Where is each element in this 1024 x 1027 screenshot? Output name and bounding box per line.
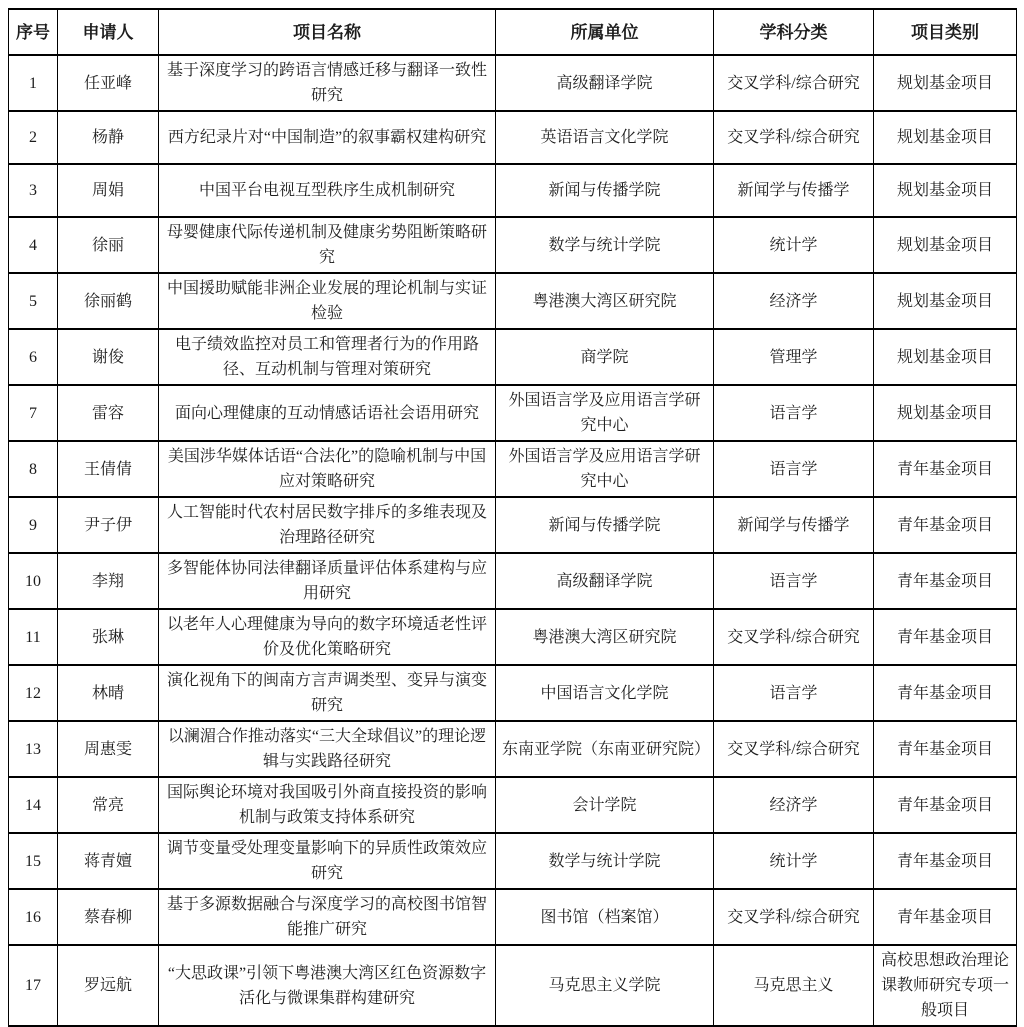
cell-project-name: 以老年人心理健康为导向的数字环境适老性评价及优化策略研究 <box>159 609 496 665</box>
cell-unit: 数学与统计学院 <box>496 217 714 273</box>
cell-unit: 粤港澳大湾区研究院 <box>496 609 714 665</box>
cell-project-name: 西方纪录片对“中国制造”的叙事霸权建构研究 <box>159 111 496 164</box>
page: 序号 申请人 项目名称 所属单位 学科分类 项目类别 1任亚峰基于深度学习的跨语… <box>0 0 1024 995</box>
table-row: 14常亮国际舆论环境对我国吸引外商直接投资的影响机制与政策支持体系研究会计学院经… <box>9 777 1017 833</box>
cell-category: 青年基金项目 <box>874 497 1017 553</box>
cell-project-name: 母婴健康代际传递机制及健康劣势阻断策略研究 <box>159 217 496 273</box>
cell-unit: 英语语言文化学院 <box>496 111 714 164</box>
cell-discipline: 语言学 <box>714 553 874 609</box>
cell-project-name: 演化视角下的闽南方言声调类型、变异与演变研究 <box>159 665 496 721</box>
cell-unit: 马克思主义学院 <box>496 945 714 1026</box>
cell-unit: 高级翻译学院 <box>496 553 714 609</box>
cell-unit: 东南亚学院（东南亚研究院） <box>496 721 714 777</box>
cell-unit: 外国语言学及应用语言学研究中心 <box>496 385 714 441</box>
cell-applicant: 谢俊 <box>58 329 159 385</box>
cell-project-name: 多智能体协同法律翻译质量评估体系建构与应用研究 <box>159 553 496 609</box>
col-header-index: 序号 <box>9 9 58 55</box>
cell-index: 8 <box>9 441 58 497</box>
cell-unit: 数学与统计学院 <box>496 833 714 889</box>
cell-project-name: 面向心理健康的互动情感话语社会语用研究 <box>159 385 496 441</box>
cell-category: 青年基金项目 <box>874 441 1017 497</box>
cell-discipline: 语言学 <box>714 385 874 441</box>
cell-project-name: 基于多源数据融合与深度学习的高校图书馆智能推广研究 <box>159 889 496 945</box>
cell-category: 规划基金项目 <box>874 217 1017 273</box>
cell-applicant: 蒋青嬗 <box>58 833 159 889</box>
cell-applicant: 李翔 <box>58 553 159 609</box>
cell-index: 12 <box>9 665 58 721</box>
cell-project-name: 基于深度学习的跨语言情感迁移与翻译一致性研究 <box>159 55 496 111</box>
cell-applicant: 罗远航 <box>58 945 159 1026</box>
cell-index: 11 <box>9 609 58 665</box>
table-row: 6谢俊电子绩效监控对员工和管理者行为的作用路径、互动机制与管理对策研究商学院管理… <box>9 329 1017 385</box>
table-row: 10李翔多智能体协同法律翻译质量评估体系建构与应用研究高级翻译学院语言学青年基金… <box>9 553 1017 609</box>
cell-category: 高校思想政治理论课教师研究专项一般项目 <box>874 945 1017 1026</box>
table-row: 13周惠雯以澜湄合作推动落实“三大全球倡议”的理论逻辑与实践路径研究东南亚学院（… <box>9 721 1017 777</box>
cell-category: 青年基金项目 <box>874 777 1017 833</box>
cell-discipline: 交叉学科/综合研究 <box>714 55 874 111</box>
cell-index: 15 <box>9 833 58 889</box>
cell-applicant: 常亮 <box>58 777 159 833</box>
cell-index: 5 <box>9 273 58 329</box>
header-row: 序号 申请人 项目名称 所属单位 学科分类 项目类别 <box>9 9 1017 55</box>
cell-project-name: 调节变量受处理变量影响下的异质性政策效应研究 <box>159 833 496 889</box>
col-header-project: 项目名称 <box>159 9 496 55</box>
cell-discipline: 管理学 <box>714 329 874 385</box>
cell-category: 规划基金项目 <box>874 273 1017 329</box>
cell-unit: 新闻与传播学院 <box>496 164 714 217</box>
cell-applicant: 蔡春柳 <box>58 889 159 945</box>
table-row: 16蔡春柳基于多源数据融合与深度学习的高校图书馆智能推广研究图书馆（档案馆）交叉… <box>9 889 1017 945</box>
cell-discipline: 统计学 <box>714 833 874 889</box>
table-row: 2杨静西方纪录片对“中国制造”的叙事霸权建构研究英语语言文化学院交叉学科/综合研… <box>9 111 1017 164</box>
table-row: 8王倩倩美国涉华媒体话语“合法化”的隐喻机制与中国应对策略研究外国语言学及应用语… <box>9 441 1017 497</box>
cell-discipline: 新闻学与传播学 <box>714 164 874 217</box>
cell-project-name: “大思政课”引领下粤港澳大湾区红色资源数字活化与微课集群构建研究 <box>159 945 496 1026</box>
cell-index: 4 <box>9 217 58 273</box>
col-header-discipline: 学科分类 <box>714 9 874 55</box>
cell-category: 青年基金项目 <box>874 609 1017 665</box>
cell-category: 规划基金项目 <box>874 164 1017 217</box>
cell-category: 规划基金项目 <box>874 55 1017 111</box>
cell-category: 青年基金项目 <box>874 665 1017 721</box>
cell-category: 规划基金项目 <box>874 385 1017 441</box>
table-row: 11张琳以老年人心理健康为导向的数字环境适老性评价及优化策略研究粤港澳大湾区研究… <box>9 609 1017 665</box>
cell-discipline: 语言学 <box>714 441 874 497</box>
cell-unit: 外国语言学及应用语言学研究中心 <box>496 441 714 497</box>
cell-unit: 会计学院 <box>496 777 714 833</box>
table-row: 9尹子伊人工智能时代农村居民数字排斥的多维表现及治理路径研究新闻与传播学院新闻学… <box>9 497 1017 553</box>
table-row: 1任亚峰基于深度学习的跨语言情感迁移与翻译一致性研究高级翻译学院交叉学科/综合研… <box>9 55 1017 111</box>
cell-applicant: 雷容 <box>58 385 159 441</box>
cell-applicant: 徐丽 <box>58 217 159 273</box>
cell-applicant: 林晴 <box>58 665 159 721</box>
cell-unit: 中国语言文化学院 <box>496 665 714 721</box>
cell-category: 青年基金项目 <box>874 833 1017 889</box>
table-row: 15蒋青嬗调节变量受处理变量影响下的异质性政策效应研究数学与统计学院统计学青年基… <box>9 833 1017 889</box>
cell-project-name: 人工智能时代农村居民数字排斥的多维表现及治理路径研究 <box>159 497 496 553</box>
cell-unit: 图书馆（档案馆） <box>496 889 714 945</box>
cell-unit: 新闻与传播学院 <box>496 497 714 553</box>
cell-applicant: 周惠雯 <box>58 721 159 777</box>
cell-unit: 高级翻译学院 <box>496 55 714 111</box>
table-row: 4徐丽母婴健康代际传递机制及健康劣势阻断策略研究数学与统计学院统计学规划基金项目 <box>9 217 1017 273</box>
table-row: 12林晴演化视角下的闽南方言声调类型、变异与演变研究中国语言文化学院语言学青年基… <box>9 665 1017 721</box>
cell-index: 3 <box>9 164 58 217</box>
cell-index: 6 <box>9 329 58 385</box>
cell-applicant: 徐丽鹤 <box>58 273 159 329</box>
cell-discipline: 统计学 <box>714 217 874 273</box>
col-header-unit: 所属单位 <box>496 9 714 55</box>
projects-table: 序号 申请人 项目名称 所属单位 学科分类 项目类别 1任亚峰基于深度学习的跨语… <box>8 8 1017 1027</box>
cell-applicant: 杨静 <box>58 111 159 164</box>
cell-project-name: 国际舆论环境对我国吸引外商直接投资的影响机制与政策支持体系研究 <box>159 777 496 833</box>
cell-discipline: 经济学 <box>714 273 874 329</box>
table-row: 3周娟中国平台电视互型秩序生成机制研究新闻与传播学院新闻学与传播学规划基金项目 <box>9 164 1017 217</box>
cell-applicant: 张琳 <box>58 609 159 665</box>
cell-applicant: 任亚峰 <box>58 55 159 111</box>
table-row: 5徐丽鹤中国援助赋能非洲企业发展的理论机制与实证检验粤港澳大湾区研究院经济学规划… <box>9 273 1017 329</box>
cell-discipline: 交叉学科/综合研究 <box>714 111 874 164</box>
cell-project-name: 以澜湄合作推动落实“三大全球倡议”的理论逻辑与实践路径研究 <box>159 721 496 777</box>
col-header-category: 项目类别 <box>874 9 1017 55</box>
table-row: 17罗远航“大思政课”引领下粤港澳大湾区红色资源数字活化与微课集群构建研究马克思… <box>9 945 1017 1026</box>
cell-applicant: 王倩倩 <box>58 441 159 497</box>
cell-index: 16 <box>9 889 58 945</box>
cell-discipline: 交叉学科/综合研究 <box>714 609 874 665</box>
cell-applicant: 尹子伊 <box>58 497 159 553</box>
table-row: 7雷容面向心理健康的互动情感话语社会语用研究外国语言学及应用语言学研究中心语言学… <box>9 385 1017 441</box>
cell-unit: 商学院 <box>496 329 714 385</box>
cell-unit: 粤港澳大湾区研究院 <box>496 273 714 329</box>
cell-applicant: 周娟 <box>58 164 159 217</box>
cell-index: 10 <box>9 553 58 609</box>
cell-project-name: 电子绩效监控对员工和管理者行为的作用路径、互动机制与管理对策研究 <box>159 329 496 385</box>
col-header-applicant: 申请人 <box>58 9 159 55</box>
cell-discipline: 交叉学科/综合研究 <box>714 721 874 777</box>
cell-index: 9 <box>9 497 58 553</box>
cell-discipline: 马克思主义 <box>714 945 874 1026</box>
cell-discipline: 新闻学与传播学 <box>714 497 874 553</box>
cell-index: 14 <box>9 777 58 833</box>
cell-category: 青年基金项目 <box>874 889 1017 945</box>
cell-index: 17 <box>9 945 58 1026</box>
cell-index: 1 <box>9 55 58 111</box>
cell-project-name: 中国援助赋能非洲企业发展的理论机制与实证检验 <box>159 273 496 329</box>
cell-index: 7 <box>9 385 58 441</box>
cell-project-name: 中国平台电视互型秩序生成机制研究 <box>159 164 496 217</box>
cell-category: 规划基金项目 <box>874 329 1017 385</box>
cell-discipline: 经济学 <box>714 777 874 833</box>
cell-category: 规划基金项目 <box>874 111 1017 164</box>
cell-project-name: 美国涉华媒体话语“合法化”的隐喻机制与中国应对策略研究 <box>159 441 496 497</box>
cell-index: 2 <box>9 111 58 164</box>
cell-index: 13 <box>9 721 58 777</box>
cell-discipline: 交叉学科/综合研究 <box>714 889 874 945</box>
cell-category: 青年基金项目 <box>874 553 1017 609</box>
cell-discipline: 语言学 <box>714 665 874 721</box>
cell-category: 青年基金项目 <box>874 721 1017 777</box>
